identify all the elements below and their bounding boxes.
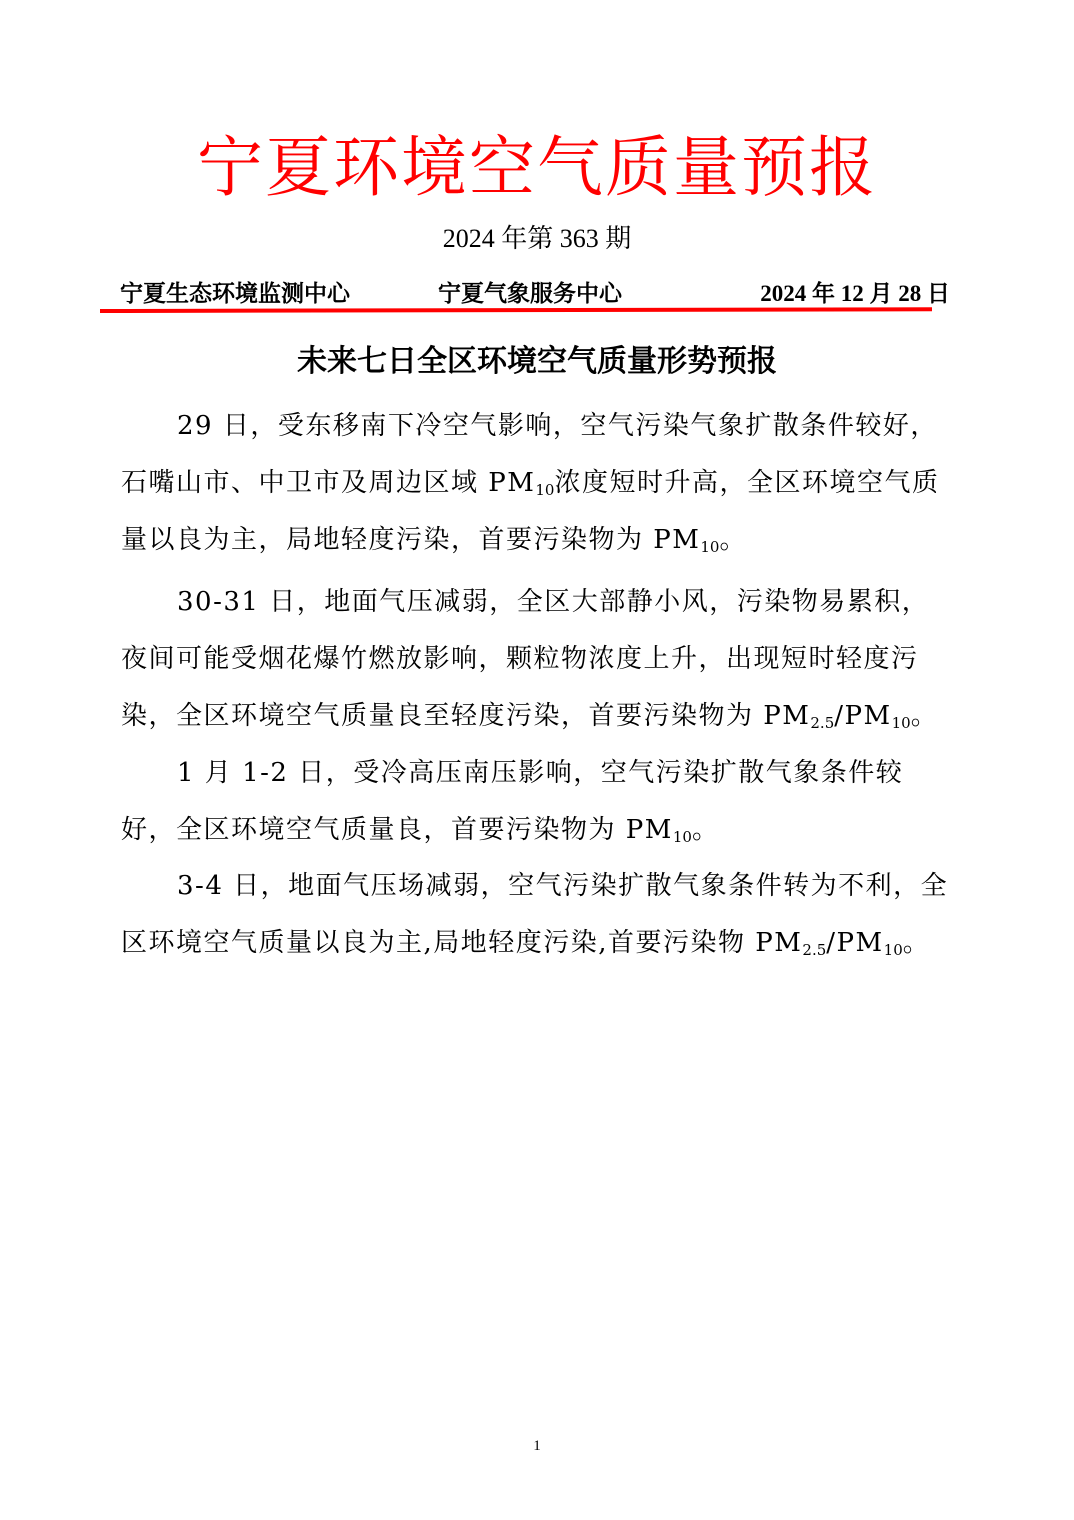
forecast-paragraph: 30-31 日，地面气压减弱，全区大部静小风，污染物易累积，夜间可能受烟花爆竹燃… — [121, 574, 956, 745]
issue-date: 2024 年 12 月 28 日 — [760, 279, 950, 309]
subscript: 10 — [892, 714, 911, 732]
issuer-environment-monitoring-center: 宁夏生态环境监测中心 — [120, 279, 350, 309]
subscript: 10 — [884, 941, 903, 959]
forecast-paragraph: 29 日，受东移南下冷空气影响，空气污染气象扩散条件较好，石嘴山市、中卫市及周边… — [121, 398, 956, 569]
forecast-paragraph: 3-4 日，地面气压场减弱，空气污染扩散气象条件转为不利，全区环境空气质量以良为… — [121, 858, 956, 972]
subscript: 10 — [700, 538, 719, 556]
forecast-paragraph: 1 月 1-2 日，受冷高压南压影响，空气污染扩散气象条件较好，全区环境空气质量… — [121, 745, 956, 859]
issuer-row: 宁夏生态环境监测中心 宁夏气象服务中心 2024 年 12 月 28 日 — [120, 279, 950, 309]
subscript: 10 — [673, 828, 692, 846]
section-title: 未来七日全区环境空气质量形势预报 — [0, 340, 1074, 384]
issuer-meteorological-service-center: 宁夏气象服务中心 — [438, 279, 622, 309]
page-number: 1 — [0, 1436, 1074, 1456]
issue-number: 2024 年第 363 期 — [0, 222, 1074, 256]
subscript: 10 — [535, 481, 554, 499]
red-divider-rule — [100, 307, 932, 313]
subscript: 2.5 — [810, 714, 834, 732]
subscript: 2.5 — [802, 941, 826, 959]
masthead-title: 宁夏环境空气质量预报 — [0, 128, 1074, 208]
